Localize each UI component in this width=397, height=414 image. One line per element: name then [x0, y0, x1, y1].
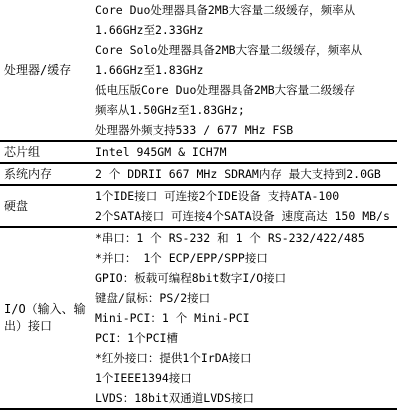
spec-value: Intel 945GM & ICH7M: [95, 141, 397, 163]
spec-line: Mini-PCI：1 个 Mini-PCI: [95, 308, 397, 328]
spec-value: 1个IDE接口 可连接2个IDE设备 支持ATA-1002个SATA接口 可连接…: [95, 185, 397, 227]
spec-line: 低电压版Core Duo处理器具备2MB大容量二级缓存: [95, 80, 397, 100]
spec-line: GPIO：板载可编程8bit数字I/O接口: [95, 268, 397, 288]
spec-label: 芯片组: [0, 141, 95, 163]
spec-sheet: 处理器/缓存 Core Duo处理器具备2MB大容量二级缓存，频率从1.66GH…: [0, 0, 397, 414]
spec-line: 1个IEEE1394接口: [95, 368, 397, 388]
spec-value: 2 个 DDRII 667 MHz SDRAM内存 最大支持到2.0GB: [95, 163, 397, 185]
spec-row: 芯片组 Intel 945GM & ICH7M: [0, 141, 397, 163]
spec-line: 2 个 DDRII 667 MHz SDRAM内存 最大支持到2.0GB: [95, 164, 397, 184]
spec-line: 处理器外频支持533 / 677 MHz FSB: [95, 120, 397, 140]
spec-line: 1.66GHz至2.33GHz: [95, 20, 397, 40]
spec-line: *红外接口：提供1个IrDA接口: [95, 348, 397, 368]
spec-label: 硬盘: [0, 185, 95, 227]
spec-row: 硬盘 1个IDE接口 可连接2个IDE设备 支持ATA-1002个SATA接口 …: [0, 185, 397, 227]
spec-label: I/O（输入、输出）接口: [0, 227, 95, 409]
spec-line: 频率从1.50GHz至1.83GHz;: [95, 100, 397, 120]
spec-line: 1.66GHz至1.83GHz: [95, 60, 397, 80]
spec-label: 处理器/缓存: [0, 0, 95, 141]
spec-value: Core Duo处理器具备2MB大容量二级缓存，频率从1.66GHz至2.33G…: [95, 0, 397, 141]
spec-label: 系统内存: [0, 163, 95, 185]
spec-line: LVDS：18bit双通道LVDS接口: [95, 388, 397, 408]
spec-line: 1个IDE接口 可连接2个IDE设备 支持ATA-100: [95, 186, 397, 206]
spec-line: Core Solo处理器具备2MB大容量二级缓存，频率从: [95, 40, 397, 60]
spec-table: 处理器/缓存 Core Duo处理器具备2MB大容量二级缓存，频率从1.66GH…: [0, 0, 397, 410]
spec-row: 系统内存 2 个 DDRII 667 MHz SDRAM内存 最大支持到2.0G…: [0, 163, 397, 185]
spec-table-body: 处理器/缓存 Core Duo处理器具备2MB大容量二级缓存，频率从1.66GH…: [0, 0, 397, 409]
spec-line: 键盘/鼠标：PS/2接口: [95, 288, 397, 308]
spec-line: PCI：1个PCI槽: [95, 328, 397, 348]
spec-value: *串口：1 个 RS-232 和 1 个 RS-232/422/485*并口： …: [95, 227, 397, 409]
spec-row: 处理器/缓存 Core Duo处理器具备2MB大容量二级缓存，频率从1.66GH…: [0, 0, 397, 141]
spec-line: Core Duo处理器具备2MB大容量二级缓存，频率从: [95, 0, 397, 20]
spec-line: 2个SATA接口 可连接4个SATA设备 速度高达 150 MB/s: [95, 206, 397, 226]
spec-row: I/O（输入、输出）接口 *串口：1 个 RS-232 和 1 个 RS-232…: [0, 227, 397, 409]
spec-line: Intel 945GM & ICH7M: [95, 142, 397, 162]
spec-line: *串口：1 个 RS-232 和 1 个 RS-232/422/485: [95, 228, 397, 248]
spec-line: *并口： 1个 ECP/EPP/SPP接口: [95, 248, 397, 268]
